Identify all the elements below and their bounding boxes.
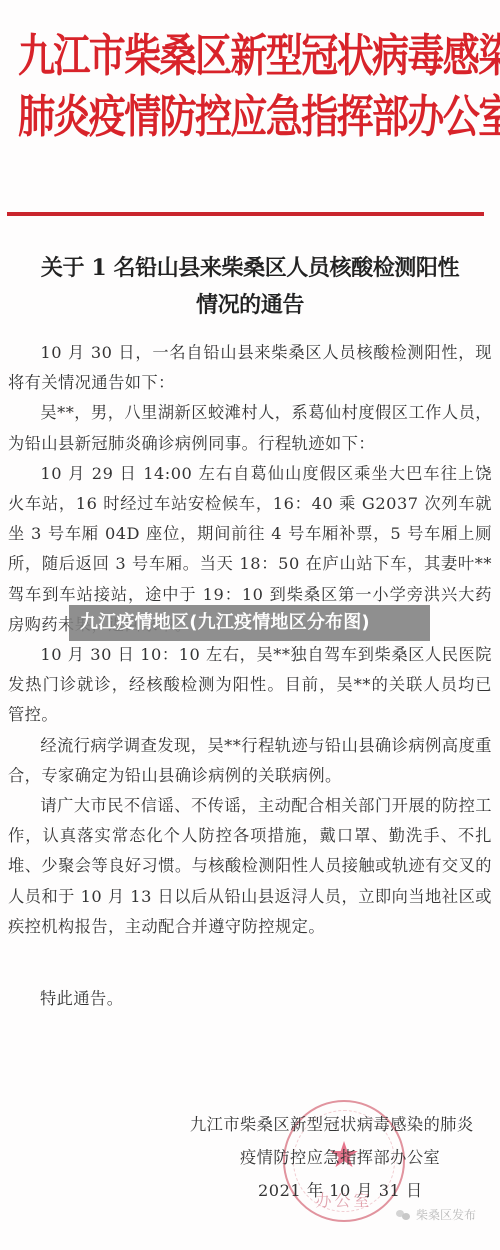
paragraph-intro: 10 月 30 日，一名自铅山县来柴桑区人员核酸检测阳性，现将有关情况通告如下：: [8, 338, 492, 398]
title-line-2: 情况的通告: [0, 287, 500, 324]
document-page: 九江市柴桑区新型冠状病毒感染的 肺炎疫情防控应急指挥部办公室 关于 1 名铅山县…: [0, 0, 500, 1250]
wechat-icon: [396, 1210, 410, 1220]
title-line-1: 关于 1 名铅山县来柴桑区人员核酸检测阳性: [0, 250, 500, 287]
masthead-header: 九江市柴桑区新型冠状病毒感染的 肺炎疫情防控应急指挥部办公室: [18, 26, 482, 148]
caption-overlay-banner: 九江疫情地区(九江疫情地区分布图): [69, 605, 430, 641]
paragraph-public-advice: 请广大市民不信谣、不传谣，主动配合相关部门开展的防控工作，认真落实常态化个人防控…: [8, 791, 492, 942]
document-title: 关于 1 名铅山县来柴桑区人员核酸检测阳性 情况的通告: [0, 250, 500, 324]
source-watermark: 柴桑区发布: [396, 1206, 476, 1223]
signature-org-line-2: 疫情防控应急指挥部办公室: [240, 1141, 440, 1174]
closing-statement: 特此通告。: [40, 985, 123, 1009]
paragraph-case-info: 吴**，男，八里湖新区蛟滩村人，系葛仙村度假区工作人员，为铅山县新冠肺炎确诊病例…: [8, 398, 492, 458]
masthead-line-1: 九江市柴桑区新型冠状病毒感染的: [18, 26, 482, 87]
paragraph-epidemiology: 经流行病学调查发现，吴**行程轨迹与铅山县确诊病例高度重合，专家确定为铅山县确诊…: [8, 731, 492, 791]
red-divider-line: [7, 212, 484, 216]
signature-date: 2021 年 10 月 31 日: [258, 1174, 423, 1207]
masthead-line-2: 肺炎疫情防控应急指挥部办公室: [18, 87, 482, 148]
watermark-text: 柴桑区发布: [416, 1206, 476, 1223]
paragraph-itinerary-oct30: 10 月 30 日 10：10 左右，吴**独自驾车到柴桑区人民医院发热门诊就诊…: [8, 640, 492, 731]
signature-org-line-1: 九江市柴桑区新型冠状病毒感染的肺炎: [190, 1108, 474, 1141]
